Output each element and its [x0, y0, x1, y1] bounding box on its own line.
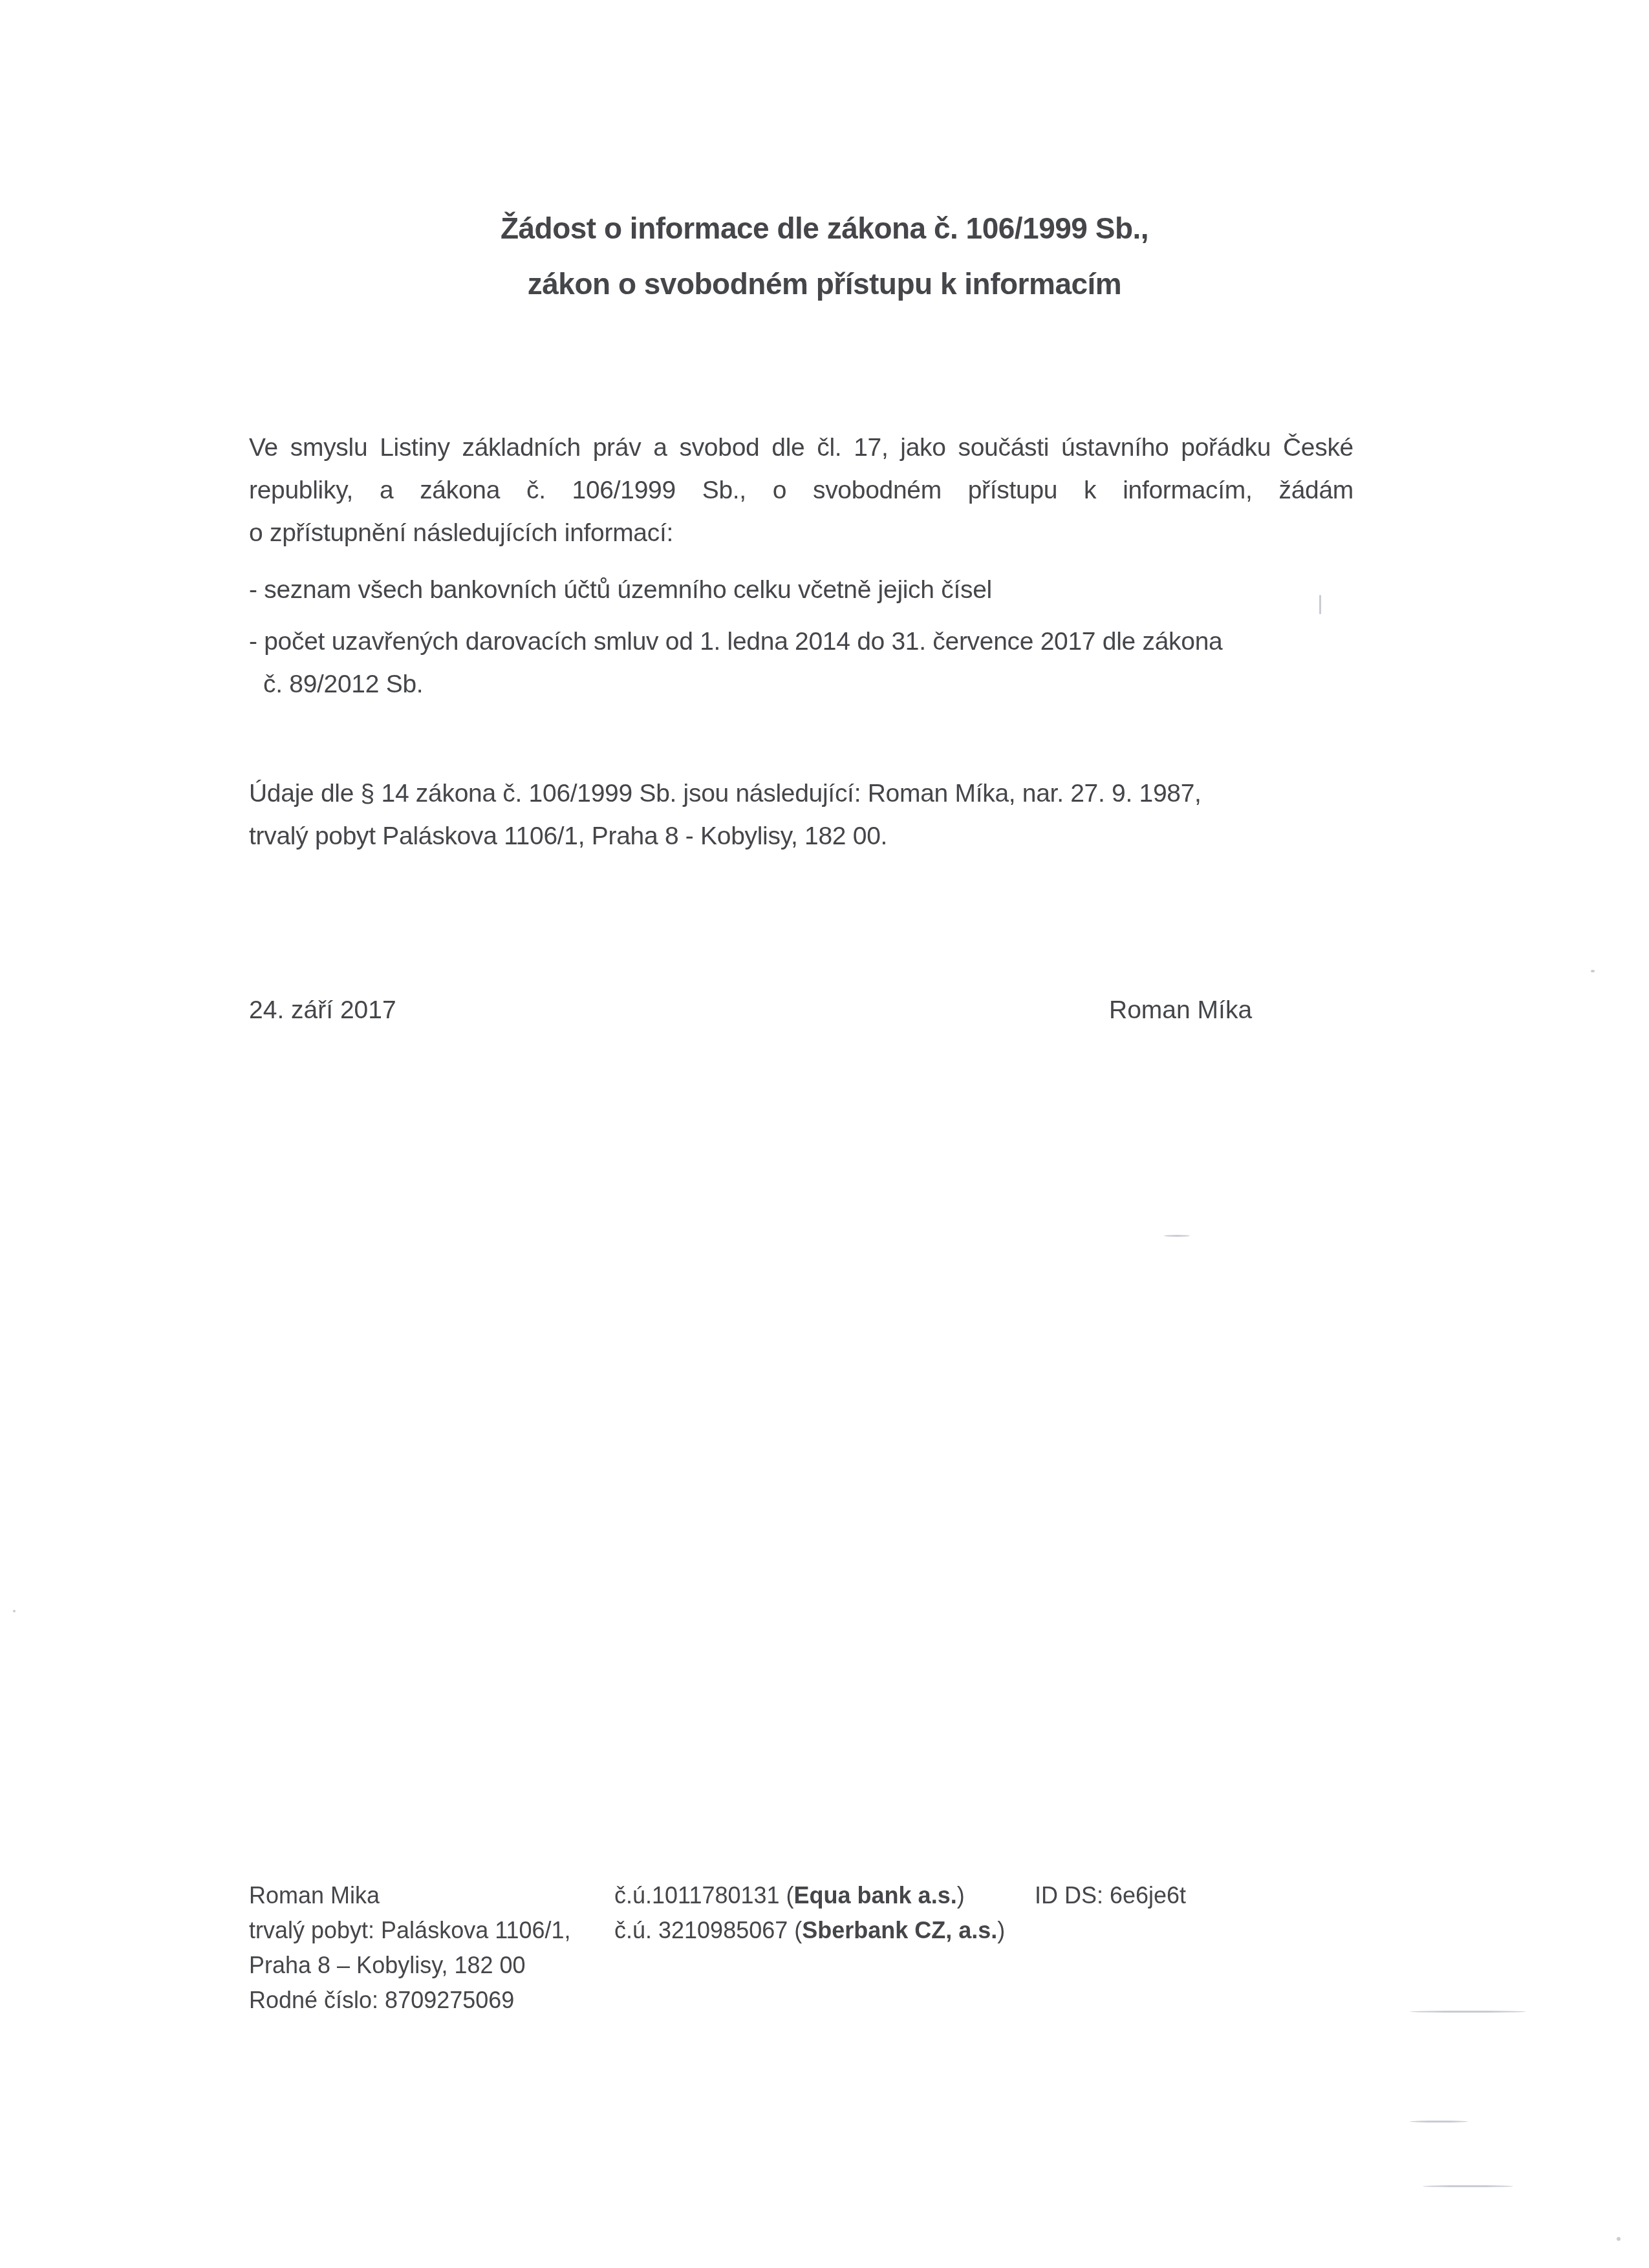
footer-birth-number: Rodné číslo: 8709275069: [249, 1983, 571, 2018]
bank-account-equa: č.ú.1011780131 (Equa bank a.s.): [614, 1878, 1005, 1913]
footer-residence: trvalý pobyt: Paláskova 1106/1,: [249, 1913, 571, 1948]
scan-speck: [1423, 2185, 1513, 2187]
scan-speck: [1319, 595, 1321, 614]
bank-account-sberbank: č.ú. 3210985067 (Sberbank CZ, a.s.): [614, 1913, 1005, 1948]
signature-name: Roman Míka: [1109, 989, 1252, 1032]
request-line: č. 89/2012 Sb.: [249, 663, 1353, 706]
scan-speck: [1410, 2011, 1526, 2013]
personal-data-line: Údaje dle § 14 zákona č. 106/1999 Sb. js…: [249, 773, 1353, 815]
account-number: č.ú. 3210985067 (: [614, 1917, 802, 1943]
scan-speck: [13, 1610, 16, 1612]
request-line: - seznam všech bankovních účtů územního …: [249, 569, 1353, 612]
request-item-bank-accounts: - seznam všech bankovních účtů územního …: [249, 569, 1353, 612]
intro-line: o zpřístupnění následujících informací:: [249, 512, 1353, 555]
document-title: Žádost o informace dle zákona č. 106/199…: [0, 200, 1649, 312]
document-date: 24. září 2017: [249, 989, 396, 1032]
scan-speck: [1591, 970, 1595, 972]
footer-data-box: ID DS: 6e6je6t: [1035, 1878, 1186, 1913]
document-page: Žádost o informace dle zákona č. 106/199…: [0, 0, 1649, 2268]
personal-data-paragraph: Údaje dle § 14 zákona č. 106/1999 Sb. js…: [249, 773, 1353, 858]
title-line-2: zákon o svobodném přístupu k informacím: [0, 256, 1649, 312]
intro-line: republiky, a zákona č. 106/1999 Sb., o s…: [249, 469, 1353, 512]
footer-address: Roman Mika trvalý pobyt: Paláskova 1106/…: [249, 1878, 571, 2018]
request-item-donation-contracts: - počet uzavřených darovacích smluv od 1…: [249, 621, 1353, 706]
scan-speck: [1410, 2121, 1468, 2123]
bank-name: Sberbank CZ, a.s.: [802, 1917, 997, 1943]
scan-speck: [1164, 1235, 1190, 1237]
account-suffix: ): [997, 1917, 1005, 1943]
request-line: - počet uzavřených darovacích smluv od 1…: [249, 621, 1353, 663]
footer-name: Roman Mika: [249, 1878, 571, 1913]
account-number: č.ú.1011780131 (: [614, 1882, 794, 1909]
intro-line: Ve smyslu Listiny základních práv a svob…: [249, 427, 1353, 469]
footer-city: Praha 8 – Kobylisy, 182 00: [249, 1948, 571, 1983]
scan-speck: [1617, 2237, 1621, 2241]
account-suffix: ): [957, 1882, 965, 1909]
footer-bank-accounts: č.ú.1011780131 (Equa bank a.s.) č.ú. 321…: [614, 1878, 1005, 1948]
intro-paragraph: Ve smyslu Listiny základních práv a svob…: [249, 427, 1353, 555]
personal-data-line: trvalý pobyt Paláskova 1106/1, Praha 8 -…: [249, 815, 1353, 858]
title-line-1: Žádost o informace dle zákona č. 106/199…: [0, 200, 1649, 256]
data-box-id: ID DS: 6e6je6t: [1035, 1878, 1186, 1913]
bank-name: Equa bank a.s.: [794, 1882, 957, 1909]
